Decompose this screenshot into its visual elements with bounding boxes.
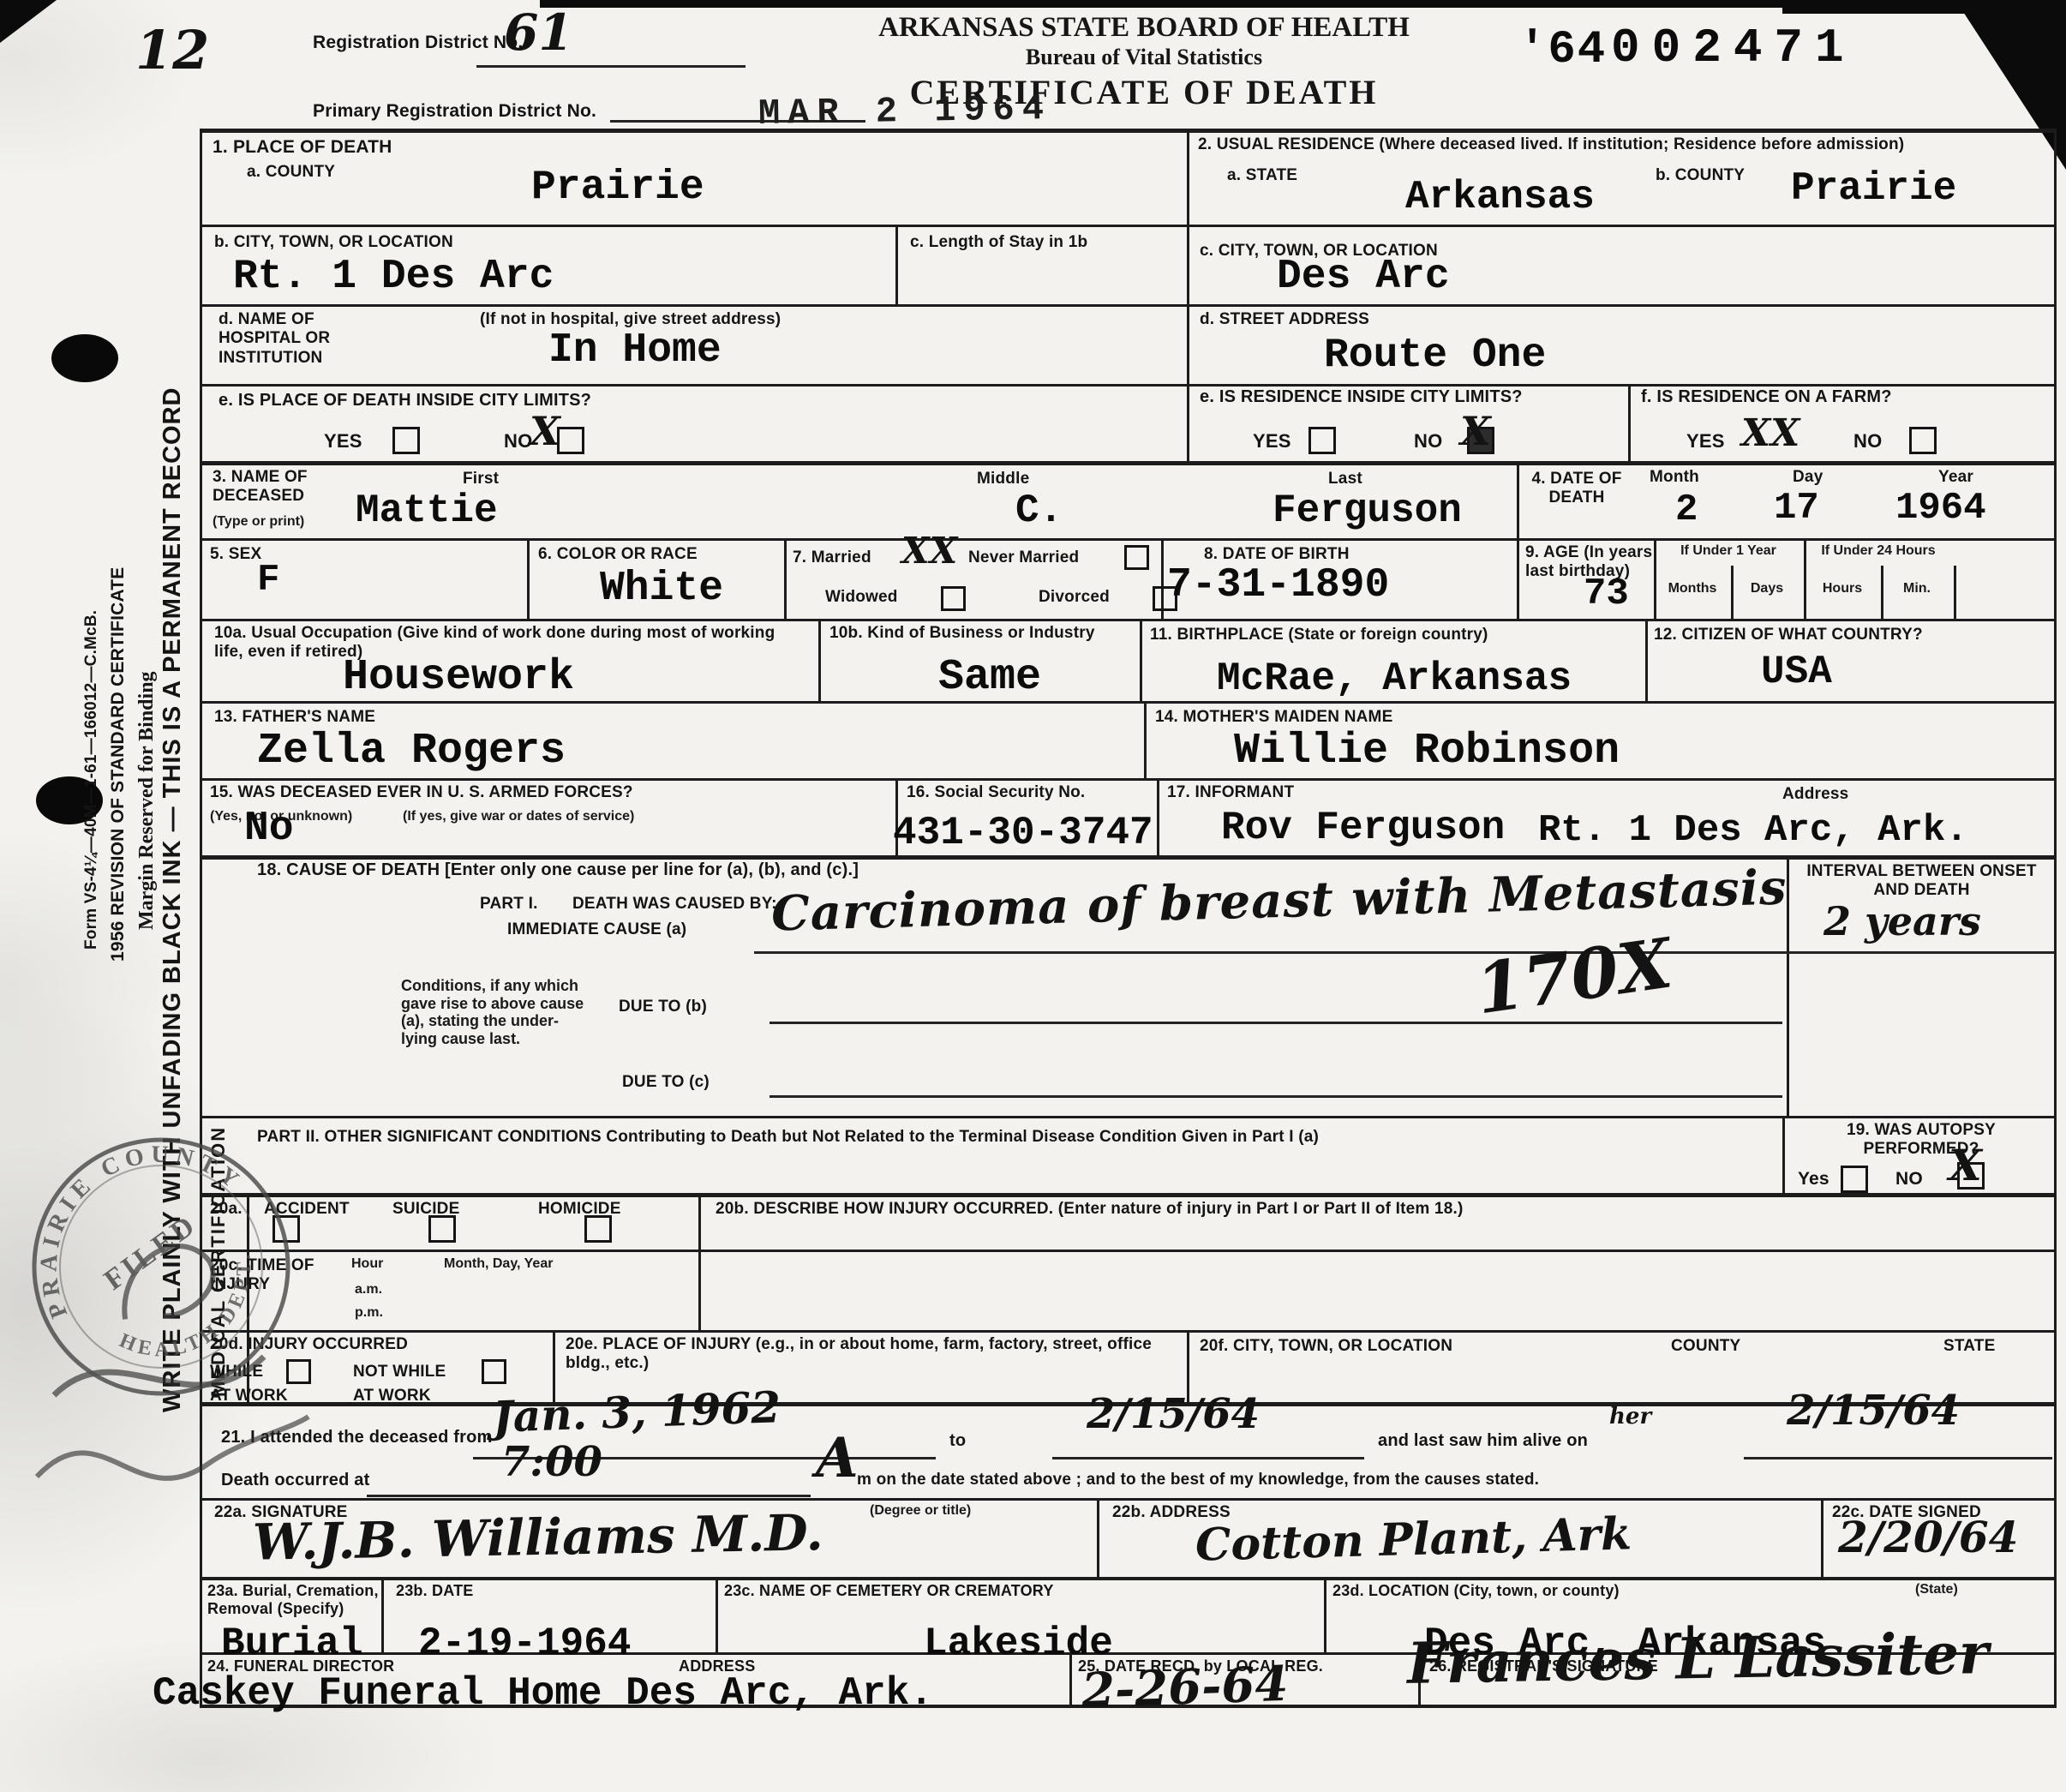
stamp-arc-top-text: PRAIRIE COUNTY — [7, 1093, 253, 1328]
x-mark: X — [1460, 408, 1491, 454]
burial-date-value: 2-19-1964 — [418, 1621, 631, 1666]
hours-header: Hours — [1806, 581, 1878, 596]
rule — [1517, 461, 1519, 619]
received-date-stamp: MAR 2 1964 — [758, 88, 1052, 135]
date-received-handwritten: 2-26-64 — [1081, 1656, 1289, 1719]
age-value: 73 — [1584, 572, 1629, 615]
married-label: 7. Married — [793, 548, 871, 567]
registrar-signature-handwritten: Frances L Lassiter — [1406, 1620, 1989, 1697]
under-one-year-header: If Under 1 Year — [1656, 543, 1800, 559]
rule — [200, 461, 2057, 465]
residence-county-label: b. COUNTY — [1656, 166, 1745, 185]
board-title: ARKANSAS STATE BOARD OF HEALTH — [865, 12, 1422, 44]
checkbox-farm-no — [1909, 427, 1937, 454]
death-ampm-handwritten: A — [816, 1426, 859, 1490]
rule — [1954, 566, 1956, 619]
month-day-year-header: Month, Day, Year — [444, 1256, 553, 1272]
checkbox-widowed — [941, 586, 966, 611]
attended-to-handwritten: 2/15/64 — [1087, 1390, 1260, 1438]
checkbox-autopsy-yes — [1841, 1166, 1868, 1193]
place-of-death-title: 1. PLACE OF DEATH — [213, 137, 392, 159]
residence-county-value: Prairie — [1791, 166, 1956, 211]
checkbox-death-limits-yes — [392, 427, 420, 454]
checkbox-never-married — [1124, 545, 1149, 570]
citizen-value: USA — [1761, 650, 1832, 694]
rule — [1157, 778, 1159, 855]
birthplace-label: 11. BIRTHPLACE (State or foreign country… — [1150, 626, 1488, 644]
residence-farm-label: f. IS RESIDENCE ON A FARM? — [1641, 387, 1892, 408]
rule — [200, 1193, 2057, 1197]
armed-forces-value: No — [244, 806, 294, 852]
race-label: 6. COLOR OR RACE — [538, 545, 698, 564]
birthplace-value: McRae, Arkansas — [1217, 656, 1572, 701]
hour-header: Hour — [351, 1256, 383, 1272]
first-name-value: Mattie — [356, 488, 498, 533]
margin-revision-note: 1956 REVISION OF STANDARD CERTIFICATE — [108, 566, 129, 962]
checkbox-death-limits-no — [557, 427, 584, 454]
length-of-stay-label: c. Length of Stay in 1b — [910, 233, 1087, 252]
armed-forces-sub2: (If yes, give war or dates of service) — [403, 809, 634, 824]
file-number-prefix: '64 — [1518, 24, 1607, 76]
immediate-cause-label: IMMEDIATE CAUSE (a) — [507, 920, 686, 939]
registration-district-value: 61 — [504, 3, 573, 62]
rule — [698, 1193, 701, 1330]
farm-yes-label: YES — [1686, 430, 1725, 452]
divorced-label: Divorced — [1039, 588, 1110, 607]
county-label: a. COUNTY — [247, 163, 335, 182]
rule — [200, 304, 2057, 307]
death-limits-no-label: NO — [504, 430, 532, 452]
never-married-label: Never Married — [968, 548, 1079, 567]
rule — [200, 225, 2057, 227]
rule — [770, 1095, 1782, 1098]
rule — [2054, 129, 2057, 1708]
informant-address-value: Rt. 1 Des Arc, Ark. — [1538, 809, 1968, 852]
x-mark: X — [530, 408, 560, 454]
days-header: Days — [1734, 581, 1800, 596]
rule — [200, 1116, 2057, 1118]
burial-state-header: (State) — [1915, 1582, 1958, 1597]
caused-by-label: DEATH WAS CAUSED BY: — [572, 895, 777, 914]
checkbox-homicide — [584, 1215, 612, 1243]
rule — [200, 384, 2057, 387]
mother-name-label: 14. MOTHER'S MAIDEN NAME — [1155, 708, 1392, 727]
checkbox-not-while-at-work — [482, 1359, 506, 1384]
residence-city-value: Des Arc — [1277, 254, 1450, 300]
at-work-label: AT WORK — [353, 1387, 431, 1405]
last-name-value: Ferguson — [1273, 488, 1462, 533]
middle-name-header: Middle — [977, 470, 1029, 488]
handwritten-flourish — [54, 1357, 264, 1395]
degree-or-title-label: (Degree or title) — [870, 1503, 971, 1519]
death-day-value: 17 — [1774, 487, 1819, 530]
rule — [716, 1577, 718, 1652]
county-value: Prairie — [531, 165, 704, 211]
burial-location-label: 23d. LOCATION (City, town, or county) — [1332, 1582, 1620, 1600]
date-of-birth-value: 7-31-1890 — [1167, 562, 1389, 608]
county-filing-stamp: PRAIRIE COUNTY HEALTH DEPT. FILED — [7, 1087, 324, 1549]
death-day-header: Day — [1793, 468, 1823, 487]
due-to-b-handwritten: 170X — [1471, 923, 1677, 1030]
conditions-note: Conditions, if any which gave rise to ab… — [401, 977, 594, 1048]
stamp-center-text: FILED — [99, 1208, 203, 1297]
margin-binding-note: Margin Reserved for Binding — [135, 671, 159, 930]
farm-no-label: NO — [1853, 430, 1882, 452]
street-address-value: Route One — [1324, 333, 1546, 379]
death-month-header: Month — [1650, 468, 1699, 487]
part2-label: PART II. OTHER SIGNIFICANT CONDITIONS Co… — [257, 1128, 1319, 1147]
rule — [1052, 1457, 1364, 1459]
death-occurred-suffix: m on the date stated above ; and to the … — [857, 1471, 1539, 1489]
rule — [200, 1498, 2057, 1501]
rule — [1144, 701, 1147, 778]
funeral-director-value: Caskey Funeral Home Des Arc, Ark. — [153, 1671, 933, 1716]
attended-from-handwritten: Jan. 3, 1962 — [492, 1381, 781, 1442]
interval-a-handwritten: 2 years — [1823, 898, 1981, 944]
rule — [784, 538, 787, 619]
informant-value: Rov Ferguson — [1221, 806, 1505, 850]
rule — [1628, 384, 1631, 461]
rule — [200, 619, 2057, 621]
father-name-value: Zella Rogers — [257, 727, 566, 776]
x-mark: XX — [901, 530, 957, 572]
rule — [770, 1022, 1782, 1024]
residence-limits-yes-label: YES — [1253, 430, 1291, 452]
residence-city-limits-label: e. IS RESIDENCE INSIDE CITY LIMITS? — [1200, 387, 1523, 408]
rule — [1744, 1457, 2052, 1459]
am-label: a.m. — [355, 1282, 382, 1298]
rule — [895, 225, 898, 304]
rule — [754, 951, 2054, 954]
svg-text:PRAIRIE COUNTY: PRAIRIE COUNTY — [7, 1093, 253, 1328]
punch-hole — [51, 334, 118, 382]
sex-label: 5. SEX — [210, 545, 261, 564]
last-saw-handwritten: 2/15/64 — [1787, 1387, 1960, 1435]
death-limits-yes-label: YES — [324, 430, 362, 452]
hospital-value: In Home — [548, 327, 722, 374]
x-mark: XX — [1741, 411, 1800, 455]
date-of-death-label: 4. DATE OF DEATH — [1530, 470, 1624, 508]
autopsy-no-label: NO — [1895, 1169, 1923, 1190]
cemetery-label: 23c. NAME OF CEMETERY OR CREMATORY — [724, 1582, 1054, 1600]
rule — [200, 1577, 2057, 1580]
last-saw-label: and last saw him alive on — [1378, 1431, 1588, 1452]
injury-state-header: STATE — [1943, 1337, 1995, 1356]
physician-address-handwritten: Cotton Plant, Ark — [1195, 1507, 1632, 1571]
rule — [1645, 619, 1648, 701]
ssn-label: 16. Social Security No. — [907, 783, 1085, 802]
rule — [200, 778, 2057, 781]
hospital-name-label: d. NAME OF HOSPITAL OR INSTITUTION — [219, 310, 368, 368]
handwritten-page-number: 12 — [135, 19, 209, 81]
rule — [1782, 1116, 1785, 1193]
occupation-value: Housework — [343, 653, 574, 702]
death-certificate-scan: Form VS-4¼—40M—1-61—166012—C.McB. 1956 R… — [0, 0, 2066, 1792]
interval-header: INTERVAL BETWEEN ONSET AND DEATH — [1795, 862, 2048, 901]
not-while-label: NOT WHILE — [353, 1363, 446, 1381]
death-time-handwritten: 7:00 — [501, 1438, 602, 1486]
place-of-injury-label: 20e. PLACE OF INJURY (e.g., in or about … — [566, 1335, 1174, 1374]
autopsy-label: 19. WAS AUTOPSY PERFORMED? — [1793, 1121, 2050, 1160]
first-name-header: First — [463, 470, 499, 488]
part1-label: PART I. — [480, 895, 538, 914]
ssn-value: 431-30-3747 — [893, 811, 1153, 855]
due-to-c-label: DUE TO (c) — [622, 1073, 710, 1092]
rule — [1821, 1498, 1823, 1577]
date-signed-handwritten: 2/20/64 — [1838, 1512, 2018, 1562]
injury-county-header: COUNTY — [1671, 1337, 1740, 1356]
type-or-print-note: (Type or print) — [213, 514, 304, 530]
residence-state-label: a. STATE — [1227, 166, 1297, 185]
file-number: 002471 — [1611, 21, 1856, 75]
cause-of-death-title: 18. CAUSE OF DEATH [Enter only one cause… — [257, 860, 859, 881]
usual-residence-title: 2. USUAL RESIDENCE (Where deceased lived… — [1198, 135, 2055, 154]
injury-city-label: 20f. CITY, TOWN, OR LOCATION — [1200, 1337, 1452, 1356]
burial-date-label: 23b. DATE — [396, 1582, 473, 1600]
describe-injury-label: 20b. DESCRIBE HOW INJURY OCCURRED. (Ente… — [716, 1200, 1463, 1219]
residence-limits-no-label: NO — [1414, 430, 1442, 452]
rule — [200, 129, 2057, 133]
death-year-header: Year — [1938, 468, 1973, 487]
rule — [1324, 1577, 1326, 1652]
rule — [367, 1495, 811, 1497]
widowed-label: Widowed — [825, 588, 898, 607]
city-town-label: b. CITY, TOWN, OR LOCATION — [214, 233, 453, 252]
x-mark: X — [1949, 1140, 1982, 1190]
rule — [200, 538, 2057, 541]
rule — [1187, 129, 1189, 461]
handwritten-flourish — [37, 1417, 308, 1478]
registration-district-label: Registration District No. — [313, 33, 523, 54]
rule — [200, 1330, 2057, 1333]
father-name-label: 13. FATHER'S NAME — [214, 708, 375, 727]
rule — [527, 538, 530, 619]
death-year-value: 1964 — [1895, 487, 1986, 530]
industry-label: 10b. Kind of Business or Industry — [829, 624, 1134, 643]
her-annotation: her — [1609, 1404, 1651, 1429]
min-header: Min. — [1883, 581, 1950, 596]
informant-label: 17. INFORMANT — [1167, 783, 1294, 802]
industry-value: Same — [938, 653, 1041, 702]
rule — [476, 65, 746, 68]
middle-name-value: C. — [1015, 488, 1063, 533]
checkbox-residence-limits-yes — [1308, 427, 1336, 454]
citizen-label: 12. CITIZEN OF WHAT COUNTRY? — [1654, 626, 1923, 644]
to-label: to — [949, 1431, 966, 1452]
informant-address-header: Address — [1782, 785, 1848, 804]
margin-form-number: Form VS-4¼—40M—1-61—166012—C.McB. — [82, 610, 101, 950]
bureau-subtitle: Bureau of Vital Statistics — [865, 45, 1422, 70]
death-month-value: 2 — [1675, 488, 1698, 531]
city-town-value: Rt. 1 Des Arc — [233, 254, 554, 300]
race-value: White — [600, 566, 723, 612]
street-address-label: d. STREET ADDRESS — [1200, 310, 1369, 329]
checkbox-suicide — [428, 1215, 456, 1243]
armed-forces-label: 15. WAS DECEASED EVER IN U. S. ARMED FOR… — [210, 783, 633, 802]
rule — [381, 1577, 384, 1652]
burial-type-label: 23a. Burial, Cremation, Removal (Specify… — [207, 1582, 379, 1618]
due-to-b-label: DUE TO (b) — [619, 998, 707, 1016]
under-24-hours-header: If Under 24 Hours — [1806, 543, 1950, 559]
rule — [818, 619, 821, 701]
residence-state-value: Arkansas — [1405, 175, 1595, 219]
name-of-deceased-label: 3. NAME OF DECEASED — [213, 468, 354, 506]
physician-signature-handwritten: W.J.B. Williams M.D. — [252, 1503, 823, 1572]
rule — [1140, 619, 1142, 701]
primary-district-label: Primary Registration District No. — [313, 101, 596, 123]
autopsy-yes-label: Yes — [1798, 1169, 1829, 1190]
last-name-header: Last — [1328, 470, 1362, 488]
pm-label: p.m. — [355, 1305, 383, 1321]
rule — [1097, 1498, 1099, 1577]
months-header: Months — [1656, 581, 1728, 596]
sex-value: F — [257, 559, 279, 602]
rule — [200, 1250, 2057, 1252]
mother-name-value: Willie Robinson — [1234, 727, 1620, 776]
